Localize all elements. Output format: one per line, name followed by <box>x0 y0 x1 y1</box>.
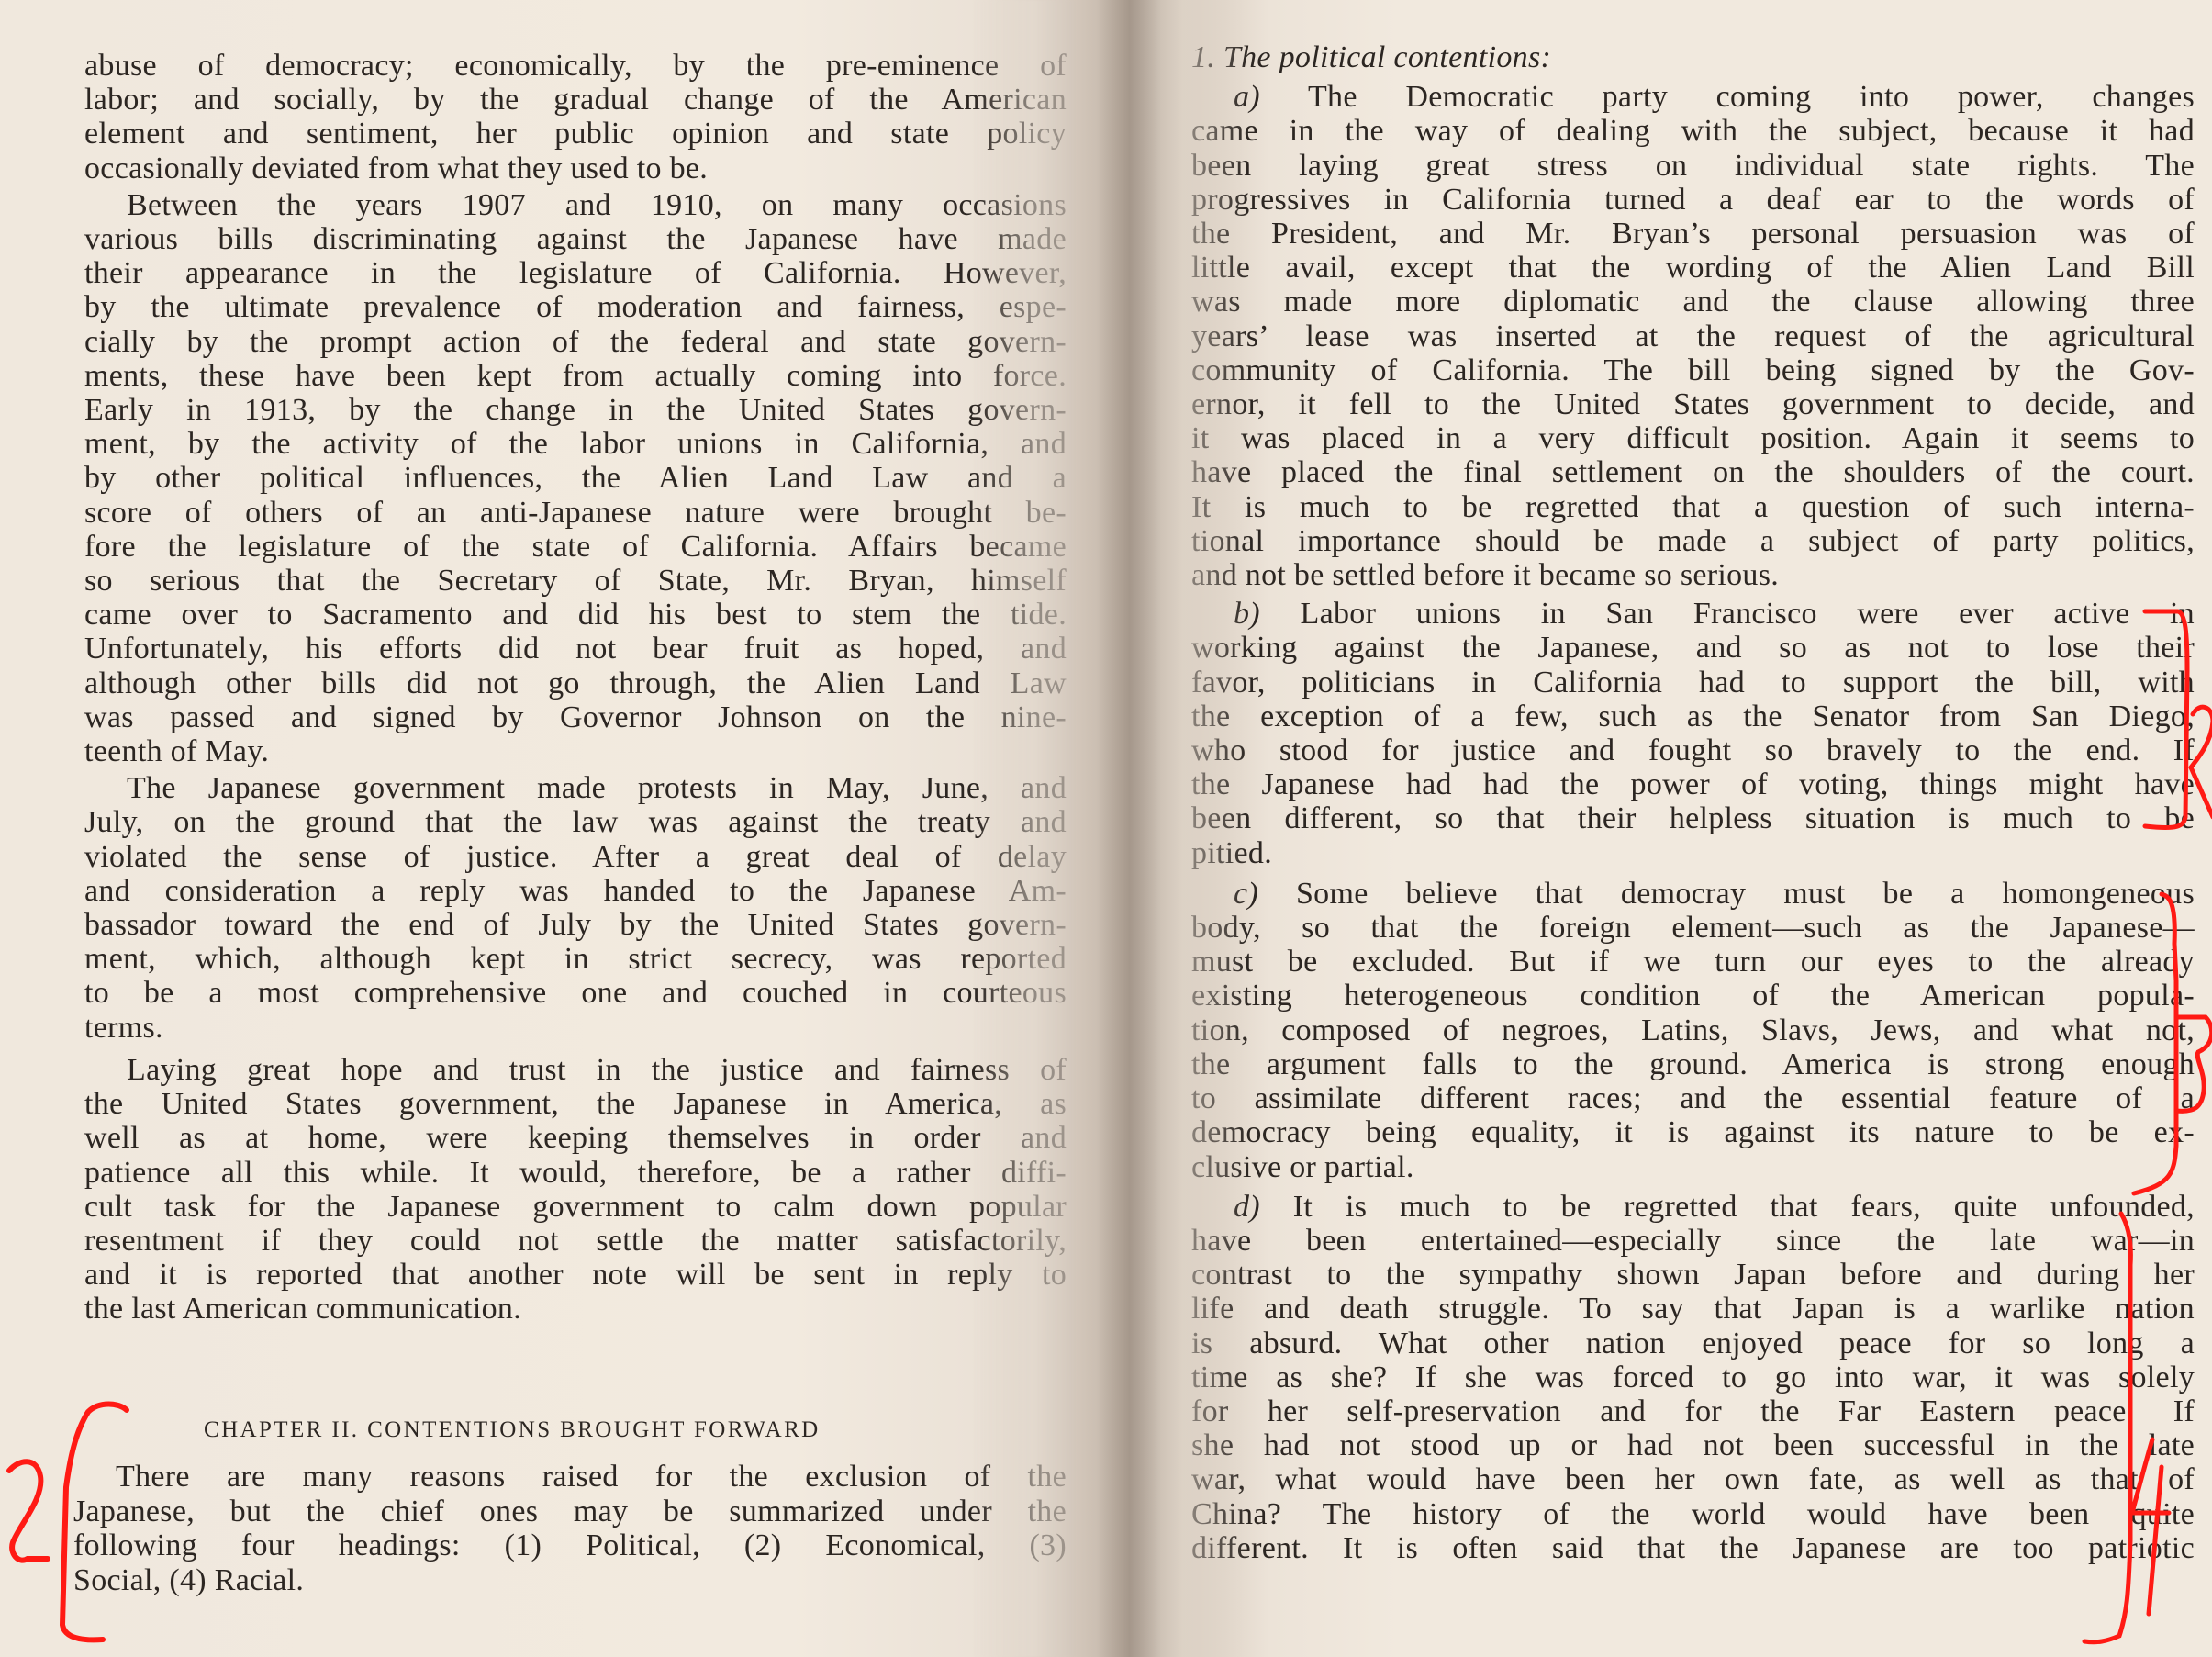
text-line: various bills discriminating against the… <box>84 222 1067 256</box>
text-line: ment, which, although kept in strict sec… <box>84 942 1067 976</box>
text-line: came over to Sacramento and did his best… <box>84 598 1067 632</box>
text-line: terms. <box>84 1011 1067 1045</box>
text-line: to be a most comprehensive one and couch… <box>84 976 1067 1010</box>
text-line: have been entertained—especially since t… <box>1191 1224 2195 1258</box>
text-line: the exception of a few, such as the Sena… <box>1191 700 2195 733</box>
text-line: democracy being equality, it is against … <box>1191 1115 2195 1149</box>
text-line: The Japanese government made protests in… <box>84 771 1067 805</box>
text-line: must be excluded. But if we turn our eye… <box>1191 945 2195 979</box>
paragraph: Laying great hope and trust in the justi… <box>84 1053 1067 1327</box>
text-line: who stood for justice and fought so brav… <box>1191 733 2195 767</box>
text-line: cially by the prompt action of the feder… <box>84 325 1067 359</box>
text-line: life and death struggle. To say that Jap… <box>1191 1292 2195 1326</box>
text-line: a) The Democratic party coming into powe… <box>1191 80 2195 114</box>
text-line: Unfortunately, his efforts did not bear … <box>84 632 1067 666</box>
text-line: and consideration a reply was handed to … <box>84 874 1067 908</box>
item-label: a) <box>1234 80 1260 114</box>
text-line: to assimilate different races; and the e… <box>1191 1081 2195 1115</box>
text-line: Early in 1913, by the change in the Unit… <box>84 393 1067 427</box>
text-line: contrast to the sympathy shown Japan bef… <box>1191 1258 2195 1292</box>
section-title: 1. The political contentions: <box>1191 40 2195 74</box>
text-line: ernor, it fell to the United States gove… <box>1191 387 2195 421</box>
text-line: occasionally deviated from what they use… <box>84 151 1067 185</box>
text-line: pitied. <box>1191 836 2195 870</box>
text-line: patience all this while. It would, there… <box>84 1156 1067 1190</box>
text-line: well as at home, were keeping themselves… <box>84 1121 1067 1155</box>
text-line: bassador toward the end of July by the U… <box>84 908 1067 942</box>
left-page-body: abuse of democracy; economically, by the… <box>84 49 1067 1327</box>
chapter-intro: There are many reasons raised for the ex… <box>73 1460 1067 1597</box>
text-line: and not be settled before it became so s… <box>1191 558 2195 592</box>
text-line: the argument falls to the ground. Americ… <box>1191 1047 2195 1081</box>
right-page-body: 1. The political contentions: a) The Dem… <box>1191 40 2195 1565</box>
paragraph: The Japanese government made protests in… <box>84 771 1067 1045</box>
text-line: element and sentiment, her public opinio… <box>84 117 1067 151</box>
text-line: have placed the final settlement on the … <box>1191 455 2195 489</box>
text-line: been laying great stress on individual s… <box>1191 149 2195 183</box>
text-line: for her self-preservation and for the Fa… <box>1191 1394 2195 1428</box>
text-line: and it is reported that another note wil… <box>84 1258 1067 1292</box>
chapter-heading: CHAPTER II. CONTENTIONS BROUGHT FORWARD <box>204 1417 821 1443</box>
left-page: abuse of democracy; economically, by the… <box>0 0 1129 1657</box>
text-line: the last American communication. <box>84 1292 1067 1326</box>
item-label: b) <box>1234 597 1260 631</box>
text-line: tion, composed of negroes, Latins, Slavs… <box>1191 1013 2195 1047</box>
item-label: d) <box>1234 1190 1260 1224</box>
text-line: China? The history of the world would ha… <box>1191 1497 2195 1531</box>
text-line: the United States government, the Japane… <box>84 1087 1067 1121</box>
paragraph: Between the years 1907 and 1910, on many… <box>84 188 1067 768</box>
text-line: years’ lease was inserted at the request… <box>1191 319 2195 353</box>
text-line: different. It is often said that the Jap… <box>1191 1531 2195 1565</box>
contention-item-c: c) Some believe that democray must be a … <box>1191 877 2195 1184</box>
item-label: c) <box>1234 877 1258 911</box>
text-line: fore the legislature of the state of Cal… <box>84 530 1067 564</box>
text-line: ment, by the activity of the labor union… <box>84 427 1067 461</box>
text-line: labor; and socially, by the gradual chan… <box>84 83 1067 117</box>
text-line: score of others of an anti-Japanese natu… <box>84 496 1067 530</box>
text-line: the President, and Mr. Bryan’s personal … <box>1191 217 2195 251</box>
text-line: Laying great hope and trust in the justi… <box>84 1053 1067 1087</box>
text-line: It is much to be regretted that a questi… <box>1191 490 2195 524</box>
text-line: d) It is much to be regretted that fears… <box>1191 1190 2195 1224</box>
contention-item-a: a) The Democratic party coming into powe… <box>1191 80 2195 592</box>
text-line: Japanese, but the chief ones may be summ… <box>73 1495 1067 1529</box>
text-line: been different, so that their helpless s… <box>1191 801 2195 835</box>
text-line: There are many reasons raised for the ex… <box>73 1460 1067 1495</box>
text-line: tional importance should be made a subje… <box>1191 524 2195 558</box>
text-line: working against the Japanese, and so as … <box>1191 631 2195 665</box>
contention-item-d: d) It is much to be regretted that fears… <box>1191 1190 2195 1565</box>
text-line: cult task for the Japanese government to… <box>84 1190 1067 1224</box>
text-line: by other political influences, the Alien… <box>84 461 1067 495</box>
text-line: Social, (4) Racial. <box>73 1563 1067 1598</box>
text-line: little avail, except that the wording of… <box>1191 251 2195 285</box>
text-line: was made more diplomatic and the clause … <box>1191 285 2195 319</box>
text-line: existing heterogeneous condition of the … <box>1191 979 2195 1013</box>
text-line: is absurd. What other nation enjoyed pea… <box>1191 1327 2195 1360</box>
book-spread: abuse of democracy; economically, by the… <box>0 0 2212 1657</box>
text-line: time as she? If she was forced to go int… <box>1191 1360 2195 1394</box>
text-line: body, so that the foreign element—such a… <box>1191 911 2195 945</box>
text-line: resentment if they could not settle the … <box>84 1224 1067 1258</box>
text-line: although other bills did not go through,… <box>84 666 1067 700</box>
text-line: progressives in California turned a deaf… <box>1191 183 2195 217</box>
text-line: she had not stood up or had not been suc… <box>1191 1428 2195 1462</box>
text-line: ments, these have been kept from actuall… <box>84 359 1067 393</box>
contention-item-b: b) Labor unions in San Francisco were ev… <box>1191 597 2195 870</box>
text-line: teenth of May. <box>84 734 1067 768</box>
text-line: so serious that the Secretary of State, … <box>84 564 1067 598</box>
text-line: it was placed in a very difficult positi… <box>1191 421 2195 455</box>
text-line: clusive or partial. <box>1191 1150 2195 1184</box>
text-line: b) Labor unions in San Francisco were ev… <box>1191 597 2195 631</box>
text-line: their appearance in the legislature of C… <box>84 256 1067 290</box>
text-line: war, what would have been her own fate, … <box>1191 1462 2195 1496</box>
text-line: the Japanese had had the power of voting… <box>1191 767 2195 801</box>
paragraph: abuse of democracy; economically, by the… <box>84 49 1067 185</box>
text-line: came in the way of dealing with the subj… <box>1191 114 2195 148</box>
text-line: July, on the ground that the law was aga… <box>84 805 1067 839</box>
text-line: community of California. The bill being … <box>1191 353 2195 387</box>
text-line: favor, politicians in California had to … <box>1191 666 2195 700</box>
text-line: following four headings: (1) Political, … <box>73 1528 1067 1563</box>
right-page: 1. The political contentions: a) The Dem… <box>1129 0 2212 1657</box>
text-line: was passed and signed by Governor Johnso… <box>84 700 1067 734</box>
text-line: violated the sense of justice. After a g… <box>84 840 1067 874</box>
text-line: by the ultimate prevalence of moderation… <box>84 290 1067 324</box>
text-line: c) Some believe that democray must be a … <box>1191 877 2195 911</box>
text-line: abuse of democracy; economically, by the… <box>84 49 1067 83</box>
text-line: Between the years 1907 and 1910, on many… <box>84 188 1067 222</box>
